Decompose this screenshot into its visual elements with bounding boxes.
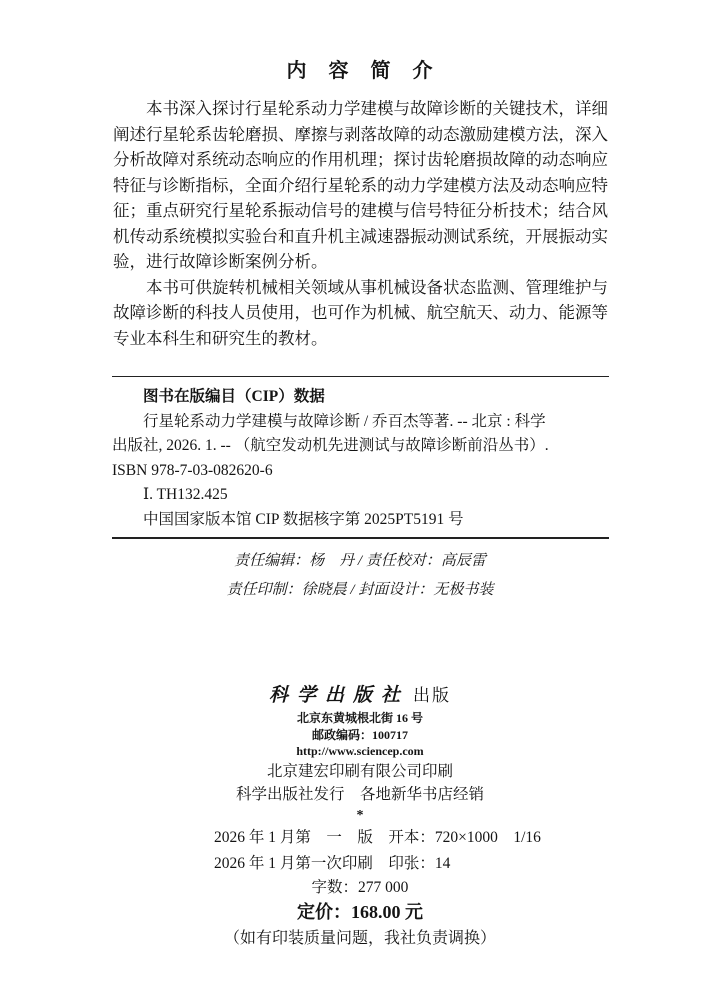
cip-record-number: 中国国家版本馆 CIP 数据核字第 2025PT5191 号 <box>112 508 609 533</box>
intro-line: 机传动系统模拟实验台和直升机主减速器振动测试系统，开展振动实 <box>113 224 609 250</box>
intro-line: 验，进行故障诊断案例分析。 <box>113 249 609 275</box>
price: 定价：168.00 元 <box>0 899 720 925</box>
cip-isbn: ISBN 978-7-03-082620-6 <box>112 459 609 484</box>
publisher-website: http://www.sciencep.com <box>0 743 720 760</box>
intro-line: 征；重点研究行星轮系振动信号的建模与信号特征分析技术；结合风 <box>113 198 609 224</box>
edition-line: 2026 年 1 月第 一 版 开本：720×1000 1/16 <box>214 825 720 851</box>
publisher-logo-text: 科学出版社 <box>269 685 409 706</box>
printing-line: 2026 年 1 月第一次印刷 印张：14 <box>214 851 720 877</box>
publisher-line: 科学出版社出版 <box>0 683 720 710</box>
intro-line: 特征与诊断指标，全面介绍行星轮系的动力学建模方法及动态响应特 <box>113 173 609 199</box>
word-count: 字数：277 000 <box>0 877 720 899</box>
publisher-postcode: 邮政编码：100717 <box>0 727 720 744</box>
cip-publisher-line: 出版社, 2026. 1. -- （航空发动机先进测试与故障诊断前沿丛书）. <box>112 434 609 459</box>
staff-credits: 责任编辑：杨 丹 / 责任校对：高辰雷 责任印制：徐晓晨 / 封面设计：无极书装 <box>0 547 720 605</box>
publisher-address: 北京东黄城根北街 16 号 <box>0 710 720 727</box>
asterisk-separator: * <box>0 806 720 825</box>
page-title: 内 容 简 介 <box>0 0 720 85</box>
edition-info: 2026 年 1 月第 一 版 开本：720×1000 1/16 2026 年 … <box>214 825 720 877</box>
content-summary: 本书深入探讨行星轮系动力学建模与故障诊断的关键技术，详细 阐述行星轮系齿轮磨损、… <box>113 96 609 351</box>
book-copyright-page: 内 容 简 介 本书深入探讨行星轮系动力学建模与故障诊断的关键技术，详细 阐述行… <box>0 0 720 1000</box>
cip-data-block: 图书在版编目（CIP）数据 行星轮系动力学建模与故障诊断 / 乔百杰等著. --… <box>112 376 609 539</box>
editor-proofreader-line: 责任编辑：杨 丹 / 责任校对：高辰雷 <box>0 547 720 576</box>
printing-design-line: 责任印制：徐晓晨 / 封面设计：无极书装 <box>0 576 720 605</box>
publisher-role: 出版 <box>413 686 451 705</box>
cip-heading: 图书在版编目（CIP）数据 <box>112 385 609 410</box>
cip-classification: Ⅰ. TH132.425 <box>112 483 609 508</box>
intro-line: 本书可供旋转机械相关领域从事机械设备状态监测、管理维护与 <box>113 275 609 301</box>
intro-line: 阐述行星轮系齿轮磨损、摩擦与剥落故障的动态激励建模方法，深入 <box>113 122 609 148</box>
printer-line: 北京建宏印刷有限公司印刷 <box>0 760 720 783</box>
cip-title-line: 行星轮系动力学建模与故障诊断 / 乔百杰等著. -- 北京 : 科学 <box>112 410 609 435</box>
exchange-notice: （如有印装质量问题，我社负责调换） <box>0 927 720 951</box>
intro-line: 本书深入探讨行星轮系动力学建模与故障诊断的关键技术，详细 <box>113 96 609 122</box>
intro-line: 故障诊断的科技人员使用，也可作为机械、航空航天、动力、能源等 <box>113 300 609 326</box>
distribution-line: 科学出版社发行 各地新华书店经销 <box>0 783 720 806</box>
intro-line: 分析故障对系统动态响应的作用机理；探讨齿轮磨损故障的动态响应 <box>113 147 609 173</box>
intro-line: 专业本科生和研究生的教材。 <box>113 326 609 352</box>
